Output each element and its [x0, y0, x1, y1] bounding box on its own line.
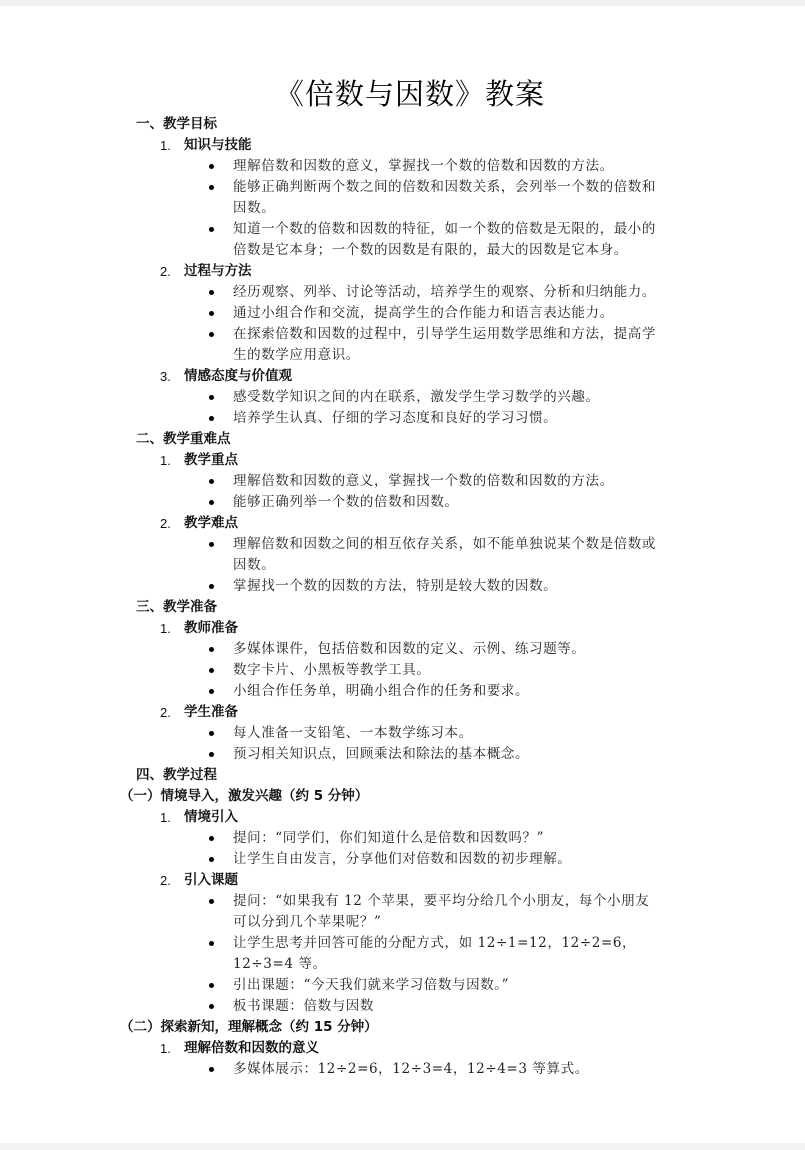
list-item: 理解倍数和因数之间的相互依存关系，如不能单独说某个数是倍数或因数。 — [0, 534, 661, 576]
list-item-text: 培养学生认真、仔细的学习态度和良好的学习习惯。 — [233, 410, 557, 426]
numbered-item: 1.教师准备 — [0, 618, 805, 639]
item-label: 教学难点 — [184, 515, 238, 531]
item-number: 3. — [160, 366, 171, 387]
list-item-text: 理解倍数和因数的意义，掌握找一个数的倍数和因数的方法。 — [233, 158, 614, 174]
section-heading: 四、教学过程 — [0, 765, 805, 786]
bullet-icon — [209, 584, 214, 589]
bullet-icon — [209, 227, 214, 232]
bullet-icon — [209, 689, 214, 694]
item-number: 1. — [160, 450, 171, 471]
list-item: 数字卡片、小黑板等教学工具。 — [0, 660, 661, 681]
list-item-text: 理解倍数和因数的意义，掌握找一个数的倍数和因数的方法。 — [233, 473, 614, 489]
list-item-text: 提问：“同学们，你们知道什么是倍数和因数吗？” — [233, 830, 544, 846]
list-item: 掌握找一个数的因数的方法，特别是较大数的因数。 — [0, 576, 661, 597]
list-item: 提问：“如果我有 12 个苹果，要平均分给几个小朋友，每个小朋友可以分到几个苹果… — [0, 891, 661, 933]
list-item-text: 数字卡片、小黑板等教学工具。 — [233, 662, 430, 678]
list-item: 多媒体展示：12÷2=6，12÷3=4，12÷4=3 等算式。 — [0, 1059, 661, 1080]
item-number: 1. — [160, 1038, 171, 1059]
list-item: 引出课题：“今天我们就来学习倍数与因数。” — [0, 975, 661, 996]
numbered-item: 1.情境引入 — [0, 807, 805, 828]
bullet-icon — [209, 899, 214, 904]
bullet-icon — [209, 479, 214, 484]
list-item: 多媒体课件，包括倍数和因数的定义、示例、练习题等。 — [0, 639, 661, 660]
list-item-text: 小组合作任务单，明确小组合作的任务和要求。 — [233, 683, 529, 699]
list-item: 经历观察、列举、讨论等活动，培养学生的观察、分析和归纳能力。 — [0, 282, 661, 303]
item-label: 教学重点 — [184, 452, 238, 468]
numbered-item: 2.过程与方法 — [0, 261, 805, 282]
list-item-text: 让学生自由发言，分享他们对倍数和因数的初步理解。 — [233, 851, 571, 867]
list-item-text: 多媒体课件，包括倍数和因数的定义、示例、练习题等。 — [233, 641, 586, 657]
list-item: 理解倍数和因数的意义，掌握找一个数的倍数和因数的方法。 — [0, 156, 661, 177]
numbered-item: 1.理解倍数和因数的意义 — [0, 1038, 805, 1059]
list-item-text: 能够正确判断两个数之间的倍数和因数关系，会列举一个数的倍数和因数。 — [233, 179, 656, 216]
list-item: 能够正确列举一个数的倍数和因数。 — [0, 492, 661, 513]
list-item: 预习相关知识点，回顾乘法和除法的基本概念。 — [0, 744, 661, 765]
subsection-heading: （一）情境导入，激发兴趣（约 5 分钟） — [0, 786, 805, 807]
list-item: 小组合作任务单，明确小组合作的任务和要求。 — [0, 681, 661, 702]
list-item: 通过小组合作和交流，提高学生的合作能力和语言表达能力。 — [0, 303, 661, 324]
numbered-item: 3.情感态度与价值观 — [0, 366, 805, 387]
list-item-text: 经历观察、列举、讨论等活动，培养学生的观察、分析和归纳能力。 — [233, 284, 656, 300]
bullet-icon — [209, 542, 214, 547]
bullet-icon — [209, 500, 214, 505]
numbered-item: 1.教学重点 — [0, 450, 805, 471]
numbered-item: 2.引入课题 — [0, 870, 805, 891]
list-item-text: 板书课题：倍数与因数 — [233, 998, 374, 1014]
item-label: 学生准备 — [184, 704, 238, 720]
bullet-icon — [209, 857, 214, 862]
bullet-icon — [209, 185, 214, 190]
list-item: 提问：“同学们，你们知道什么是倍数和因数吗？” — [0, 828, 661, 849]
list-item-text: 让学生思考并回答可能的分配方式，如 12÷1=12，12÷2=6，12÷3=4 … — [233, 935, 636, 972]
bullet-icon — [209, 731, 214, 736]
list-item-text: 知道一个数的倍数和因数的特征，如一个数的倍数是无限的，最小的倍数是它本身；一个数… — [233, 221, 656, 258]
bullet-icon — [209, 311, 214, 316]
item-label: 教师准备 — [184, 620, 238, 636]
bullet-icon — [209, 332, 214, 337]
bullet-icon — [209, 1067, 214, 1072]
list-item-text: 在探索倍数和因数的过程中，引导学生运用数学思维和方法，提高学生的数学应用意识。 — [233, 326, 656, 363]
bullet-icon — [209, 290, 214, 295]
subsection-heading: （二）探索新知，理解概念（约 15 分钟） — [0, 1017, 805, 1038]
list-item-text: 提问：“如果我有 12 个苹果，要平均分给几个小朋友，每个小朋友可以分到几个苹果… — [233, 893, 649, 930]
bullet-icon — [209, 1004, 214, 1009]
list-item: 知道一个数的倍数和因数的特征，如一个数的倍数是无限的，最小的倍数是它本身；一个数… — [0, 219, 661, 261]
bullet-icon — [209, 941, 214, 946]
list-item-text: 通过小组合作和交流，提高学生的合作能力和语言表达能力。 — [233, 305, 614, 321]
list-item: 培养学生认真、仔细的学习态度和良好的学习习惯。 — [0, 408, 661, 429]
bullet-icon — [209, 983, 214, 988]
list-item: 每人准备一支铅笔、一本数学练习本。 — [0, 723, 661, 744]
document-body: 一、教学目标 1.知识与技能 理解倍数和因数的意义，掌握找一个数的倍数和因数的方… — [0, 114, 805, 1080]
item-number: 2. — [160, 513, 171, 534]
item-label: 知识与技能 — [184, 137, 252, 153]
list-item: 能够正确判断两个数之间的倍数和因数关系，会列举一个数的倍数和因数。 — [0, 177, 661, 219]
item-label: 情境引入 — [184, 809, 238, 825]
item-label: 引入课题 — [184, 872, 238, 888]
section-heading: 二、教学重难点 — [0, 429, 805, 450]
list-item-text: 每人准备一支铅笔、一本数学练习本。 — [233, 725, 473, 741]
list-item-text: 引出课题：“今天我们就来学习倍数与因数。” — [233, 977, 509, 993]
bullet-icon — [209, 668, 214, 673]
list-item: 让学生自由发言，分享他们对倍数和因数的初步理解。 — [0, 849, 661, 870]
list-item-text: 多媒体展示：12÷2=6，12÷3=4，12÷4=3 等算式。 — [233, 1061, 589, 1077]
item-number: 2. — [160, 702, 171, 723]
bullet-icon — [209, 416, 214, 421]
bullet-icon — [209, 395, 214, 400]
list-item: 让学生思考并回答可能的分配方式，如 12÷1=12，12÷2=6，12÷3=4 … — [0, 933, 661, 975]
numbered-item: 1.知识与技能 — [0, 135, 805, 156]
item-label: 情感态度与价值观 — [184, 368, 292, 384]
list-item-text: 掌握找一个数的因数的方法，特别是较大数的因数。 — [233, 578, 557, 594]
list-item-text: 理解倍数和因数之间的相互依存关系，如不能单独说某个数是倍数或因数。 — [233, 536, 656, 573]
section-heading: 三、教学准备 — [0, 597, 805, 618]
bullet-icon — [209, 752, 214, 757]
item-label: 理解倍数和因数的意义 — [184, 1040, 319, 1056]
list-item-text: 预习相关知识点，回顾乘法和除法的基本概念。 — [233, 746, 529, 762]
numbered-item: 2.教学难点 — [0, 513, 805, 534]
document-page: 《倍数与因数》教案 一、教学目标 1.知识与技能 理解倍数和因数的意义，掌握找一… — [0, 6, 805, 1143]
list-item-text: 能够正确列举一个数的倍数和因数。 — [233, 494, 459, 510]
section-heading: 一、教学目标 — [0, 114, 805, 135]
bullet-icon — [209, 164, 214, 169]
bullet-icon — [209, 647, 214, 652]
list-item-text: 感受数学知识之间的内在联系，激发学生学习数学的兴趣。 — [233, 389, 600, 405]
bullet-icon — [209, 836, 214, 841]
item-label: 过程与方法 — [184, 263, 252, 279]
item-number: 1. — [160, 807, 171, 828]
item-number: 2. — [160, 870, 171, 891]
item-number: 2. — [160, 261, 171, 282]
list-item: 理解倍数和因数的意义，掌握找一个数的倍数和因数的方法。 — [0, 471, 661, 492]
list-item: 在探索倍数和因数的过程中，引导学生运用数学思维和方法，提高学生的数学应用意识。 — [0, 324, 661, 366]
numbered-item: 2.学生准备 — [0, 702, 805, 723]
item-number: 1. — [160, 135, 171, 156]
list-item: 板书课题：倍数与因数 — [0, 996, 661, 1017]
item-number: 1. — [160, 618, 171, 639]
page-title: 《倍数与因数》教案 — [0, 76, 805, 112]
list-item: 感受数学知识之间的内在联系，激发学生学习数学的兴趣。 — [0, 387, 661, 408]
